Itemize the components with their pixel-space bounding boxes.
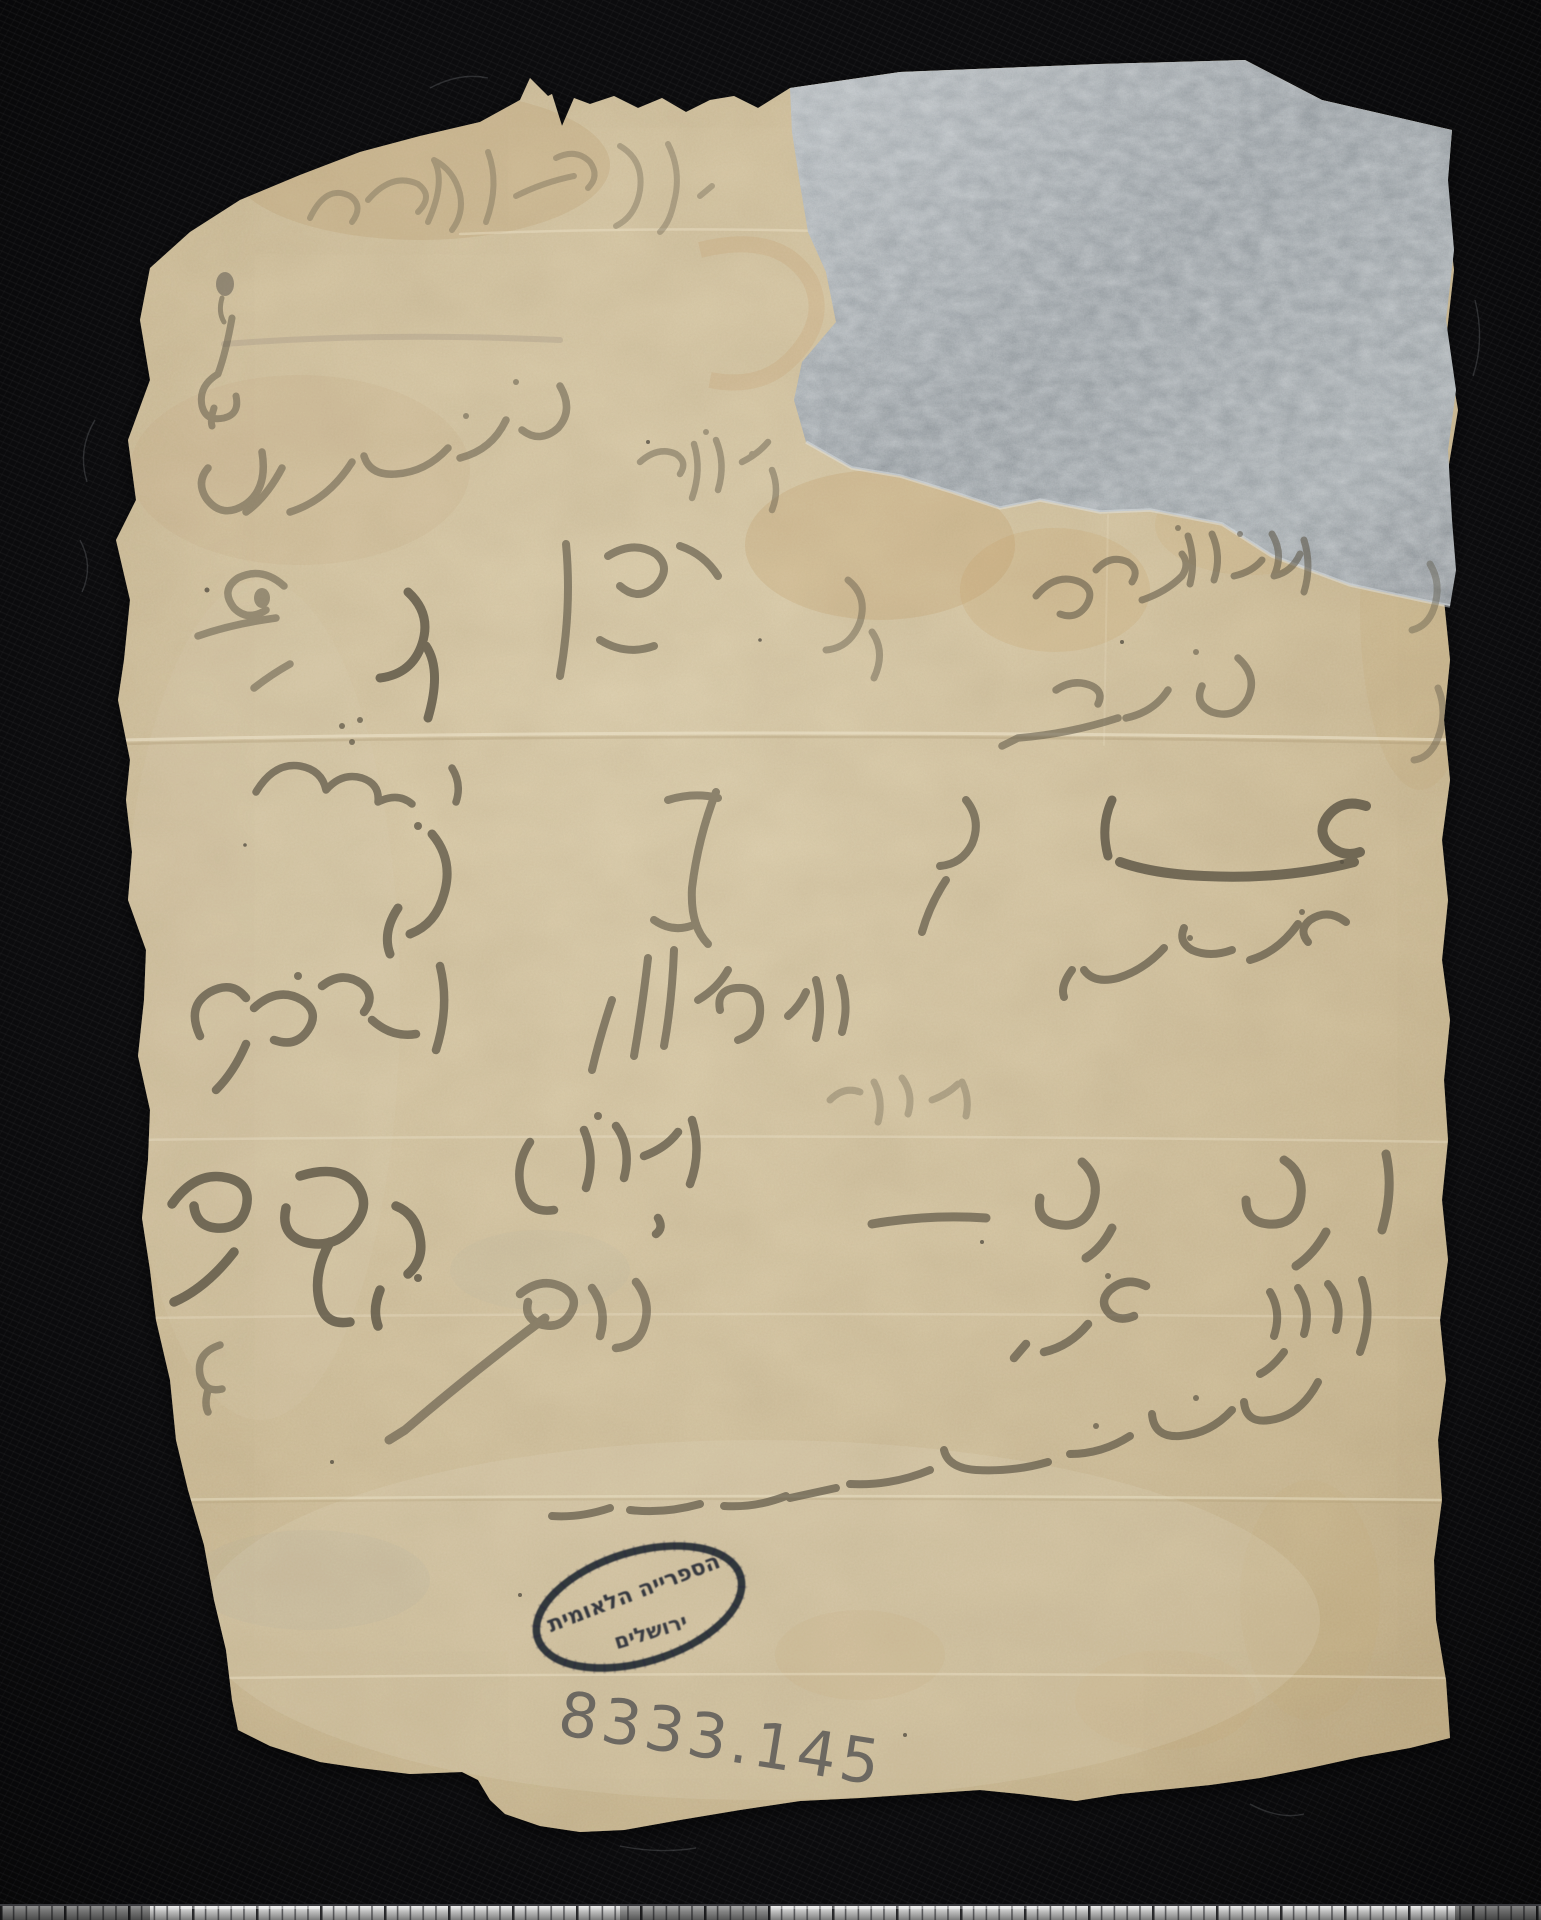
scan-stage: הספרייה הלאומית ירושלים 8333.145 bbox=[0, 0, 1541, 1920]
scan-image: הספרייה הלאומית ירושלים 8333.145 bbox=[0, 0, 1541, 1920]
ruler-strip bbox=[0, 1904, 1541, 1920]
ruler-shadow-edge bbox=[0, 1904, 1541, 1906]
